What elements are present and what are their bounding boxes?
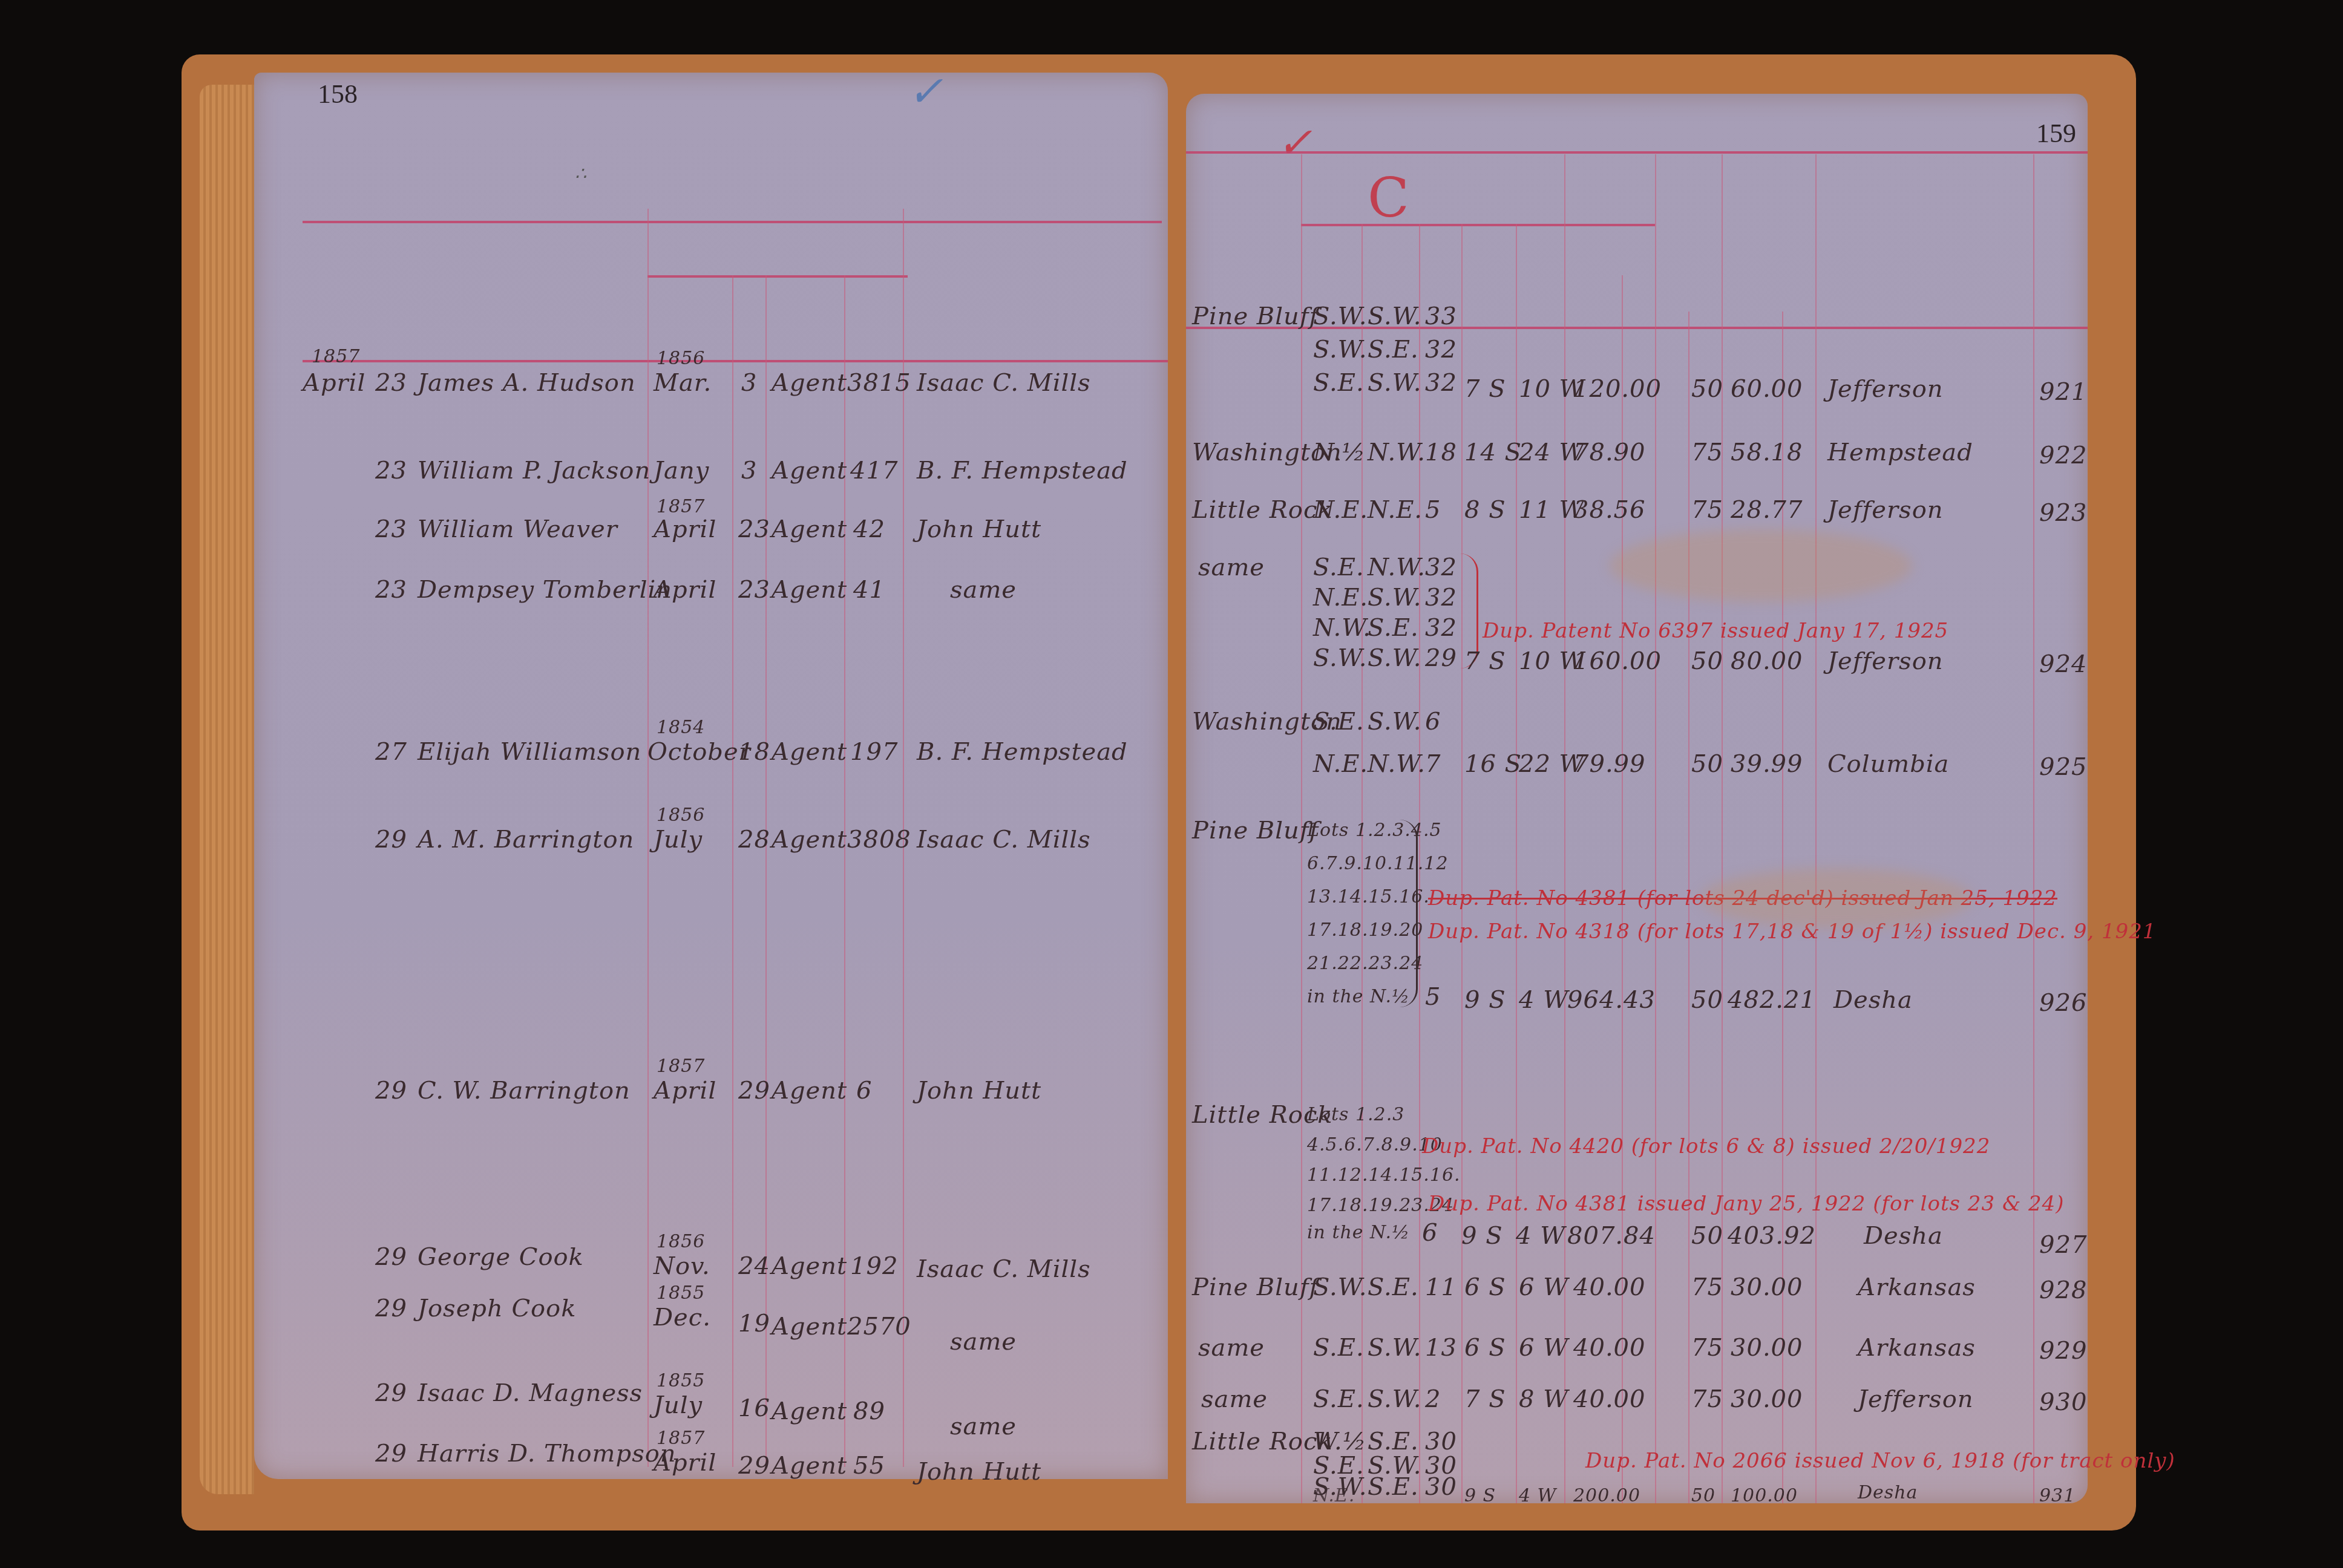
cert-year: 1855 — [657, 1282, 705, 1304]
agent-name: B. F. Hempstead — [917, 457, 1128, 485]
cert-month: Dec. — [654, 1304, 711, 1331]
section: 33 — [1425, 302, 1457, 330]
lot-list: Lots 1.2.3 — [1307, 1104, 1404, 1125]
aliquot: S.W. — [1313, 336, 1368, 364]
patent-number: 929 — [2039, 1337, 2087, 1365]
cert-month: April — [654, 1449, 716, 1477]
section: 32 — [1425, 369, 1457, 397]
county: Jefferson — [1827, 496, 1943, 524]
entry-day: 23 — [375, 457, 407, 485]
aliquot: S.W. — [1368, 1334, 1422, 1362]
section: 18 — [1425, 439, 1457, 466]
header-rule-top — [1186, 151, 2088, 154]
cert-month: April — [654, 576, 716, 604]
amount: 30.00 — [1731, 1334, 1803, 1362]
rate: 50 — [1691, 647, 1723, 675]
land-district: Little Rock — [1192, 1428, 1333, 1455]
section: 2 — [1425, 1385, 1441, 1413]
amount: 100.00 — [1731, 1485, 1798, 1506]
aliquot: S.W. — [1313, 302, 1368, 330]
entry-day: 23 — [375, 515, 407, 543]
county: Jefferson — [1827, 375, 1943, 403]
cert-day: 29 — [738, 1452, 770, 1480]
aliquot: N.E. — [1313, 496, 1368, 524]
office: Agent — [772, 738, 847, 766]
cert-number: 197 — [850, 738, 898, 766]
cert-number: 192 — [850, 1252, 898, 1280]
pencil-check-icon: ✓ — [1277, 118, 1312, 168]
cert-number: 417 — [850, 457, 898, 485]
agent-name: same — [950, 576, 1017, 604]
amount: 80.00 — [1731, 647, 1803, 675]
year-mark: 1857 — [312, 346, 360, 367]
col-rule — [732, 275, 733, 1467]
entrant-name: Dempsey Tomberlin — [418, 576, 672, 604]
duplicate-patent-annotation: Dup. Pat. No 2066 issued Nov 6, 1918 (fo… — [1585, 1449, 2175, 1473]
aliquot: S.W. — [1368, 584, 1422, 612]
patent-number: 925 — [2039, 753, 2087, 781]
agent-name: same — [950, 1413, 1017, 1440]
bracket — [1398, 820, 1418, 1007]
patent-number: 921 — [2039, 378, 2087, 406]
duplicate-patent-annotation: Dup. Patent No 6397 issued Jany 17, 1925 — [1483, 619, 1948, 643]
rate: 50 — [1691, 750, 1723, 778]
amount: 30.00 — [1731, 1385, 1803, 1413]
entry-day: 29 — [375, 1077, 407, 1105]
township: 7 S — [1464, 1385, 1506, 1413]
header-rule-sub — [1301, 224, 1655, 226]
acres: 200.00 — [1573, 1485, 1640, 1506]
aliquot: N.W. — [1313, 614, 1371, 642]
cert-number: 89 — [853, 1397, 885, 1425]
cert-year: 1857 — [657, 1428, 705, 1449]
entrant-name: James A. Hudson — [418, 369, 636, 397]
agent-name: John Hutt — [917, 1458, 1041, 1486]
office: Agent — [772, 457, 847, 485]
header-rule-bottom — [303, 360, 1168, 362]
amount: 39.99 — [1731, 750, 1803, 778]
col-rule — [2033, 154, 2034, 1503]
acres: 40.00 — [1573, 1334, 1646, 1362]
lot-list: 6.7.9.10.11.12 — [1307, 853, 1448, 874]
amount: 30.00 — [1731, 1273, 1803, 1301]
page-number: 158 — [318, 79, 358, 109]
cert-year: 1856 — [657, 348, 705, 369]
cert-day: 24 — [738, 1252, 770, 1280]
township: 9 S — [1464, 986, 1506, 1014]
county: Jefferson — [1858, 1385, 1973, 1413]
aliquot: S.W. — [1368, 369, 1422, 397]
township: 16 S — [1464, 750, 1522, 778]
cert-day: 19 — [738, 1310, 770, 1338]
col-rule — [1461, 224, 1463, 1503]
entrant-name: A. M. Barrington — [418, 826, 634, 854]
cert-day: 16 — [738, 1394, 770, 1422]
county: Arkansas — [1858, 1273, 1976, 1301]
office: Agent — [772, 369, 847, 397]
section: 11 — [1425, 1273, 1457, 1301]
entrant-name: George Cook — [418, 1243, 584, 1271]
aliquot: N.E. — [1313, 1485, 1355, 1506]
acres: 160.00 — [1573, 647, 1662, 675]
county: Jefferson — [1827, 647, 1943, 675]
range: 4 W — [1519, 986, 1568, 1014]
aliquot: N.½ — [1313, 439, 1366, 466]
county: Desha — [1858, 1482, 1918, 1503]
entry-day: 29 — [375, 1243, 407, 1271]
acres: 38.56 — [1573, 496, 1646, 524]
cert-number: 41 — [853, 576, 885, 604]
aliquot: N.W. — [1368, 439, 1426, 466]
office: Agent — [772, 1077, 847, 1105]
township: 6 S — [1464, 1273, 1506, 1301]
land-district: Pine Bluff — [1192, 302, 1319, 330]
cert-number: 3808 — [847, 826, 911, 854]
left-page: 158 ✓ ∴ 1857 April 23 James A. Hudson 18… — [254, 73, 1168, 1479]
aliquot: N.W. — [1368, 554, 1426, 581]
aliquot: S.E. — [1313, 369, 1365, 397]
amount: 58.18 — [1731, 439, 1803, 466]
section: 6 — [1422, 1219, 1438, 1247]
office: Agent — [772, 826, 847, 854]
cert-month: Nov. — [654, 1252, 710, 1280]
section: 13 — [1425, 1334, 1457, 1362]
entry-day: 29 — [375, 826, 407, 854]
aliquot: S.W. — [1368, 708, 1422, 736]
township: 7 S — [1464, 647, 1506, 675]
aliquot: S.W. — [1368, 1385, 1422, 1413]
rate: 50 — [1691, 1485, 1715, 1506]
office: Agent — [772, 1252, 847, 1280]
cert-number: 2570 — [847, 1313, 911, 1341]
section: 30 — [1425, 1473, 1457, 1501]
cert-day: 28 — [738, 826, 770, 854]
duplicate-patent-annotation: Dup. Pat. No 4420 (for lots 6 & 8) issue… — [1422, 1134, 1990, 1158]
col-rule — [765, 275, 767, 1467]
cert-year: 1855 — [657, 1370, 705, 1391]
entry-day: 29 — [375, 1295, 407, 1322]
lot-list: 11.12.14.15.16. — [1307, 1165, 1461, 1186]
entry-day: 29 — [375, 1379, 407, 1407]
land-district: same — [1198, 1334, 1265, 1362]
agent-name: Isaac C. Mills — [917, 369, 1091, 397]
rate: 75 — [1691, 496, 1723, 524]
range: 4 W — [1519, 1485, 1556, 1506]
entry-day: 29 — [375, 1440, 407, 1468]
entry-day: 27 — [375, 738, 407, 766]
rate: 75 — [1691, 439, 1723, 466]
acres: 78.90 — [1573, 439, 1646, 466]
aliquot: S.E. — [1368, 614, 1419, 642]
lot-list: in the N.½ — [1307, 986, 1410, 1007]
cert-day: 3 — [741, 369, 757, 397]
cert-day: 3 — [741, 457, 757, 485]
county: Arkansas — [1858, 1334, 1976, 1362]
township: 7 S — [1464, 375, 1506, 403]
aliquot: S.E. — [1313, 708, 1365, 736]
cert-year: 1856 — [657, 805, 705, 826]
agent-name: John Hutt — [917, 1077, 1041, 1105]
aliquot: N.E. — [1313, 750, 1368, 778]
cert-month: July — [654, 826, 703, 854]
rate: 50 — [1691, 1222, 1723, 1250]
acres: 807.84 — [1567, 1222, 1656, 1250]
rate: 75 — [1691, 1334, 1723, 1362]
range: 8 W — [1519, 1385, 1568, 1413]
aliquot: S.W. — [1313, 1273, 1368, 1301]
entrant-name: Elijah Williamson — [418, 738, 641, 766]
cert-number: 3815 — [847, 369, 911, 397]
rate: 50 — [1691, 375, 1723, 403]
cert-year: 1857 — [657, 496, 705, 517]
entry-day: 23 — [375, 576, 407, 604]
amount: 403.92 — [1728, 1222, 1816, 1250]
cert-month: April — [654, 1077, 716, 1105]
duplicate-patent-annotation: Dup. Pat. No 4381 issued Jany 25, 1922 (… — [1428, 1192, 2065, 1216]
acres: 40.00 — [1573, 1385, 1646, 1413]
aliquot: S.E. — [1368, 1473, 1419, 1501]
rate: 75 — [1691, 1385, 1723, 1413]
acres: 79.99 — [1573, 750, 1646, 778]
agent-name: Isaac C. Mills — [917, 1255, 1091, 1283]
aliquot: S.E. — [1313, 1334, 1365, 1362]
rate: 50 — [1691, 986, 1723, 1014]
county: Desha — [1864, 1222, 1943, 1250]
entrant-name: William Weaver — [418, 515, 618, 543]
entrant-name: Isaac D. Magness — [418, 1379, 643, 1407]
right-page: 159 C ✓ Pine Bluff S.W. S.W. 33 S.W. S.E… — [1186, 94, 2088, 1503]
agent-name: same — [950, 1328, 1017, 1356]
col-rule — [1815, 154, 1817, 1503]
patent-number: 931 — [2039, 1485, 2076, 1506]
section: 5 — [1425, 496, 1441, 524]
aliquot: N.E. — [1313, 584, 1368, 612]
cert-number: 42 — [853, 515, 885, 543]
patent-number: 928 — [2039, 1276, 2087, 1304]
county: Desha — [1833, 986, 1913, 1014]
acres: 964.43 — [1567, 986, 1656, 1014]
land-district: Pine Bluff — [1192, 1273, 1319, 1301]
aliquot: N.E. — [1368, 496, 1423, 524]
aliquot: S.E. — [1313, 1385, 1365, 1413]
county: Hempstead — [1827, 439, 1973, 466]
entrant-name: Joseph Cook — [418, 1295, 576, 1322]
entrant-name: William P. Jackson — [418, 457, 650, 485]
lot-list: in the N.½ — [1307, 1222, 1410, 1243]
col-rule — [1516, 224, 1517, 1503]
office: Agent — [772, 576, 847, 604]
cert-year: 1854 — [657, 717, 705, 738]
cert-day: 23 — [738, 576, 770, 604]
acres: 120.00 — [1573, 375, 1662, 403]
col-rule — [844, 275, 845, 1467]
patent-number: 930 — [2039, 1388, 2087, 1416]
amount: 60.00 — [1731, 375, 1803, 403]
cert-day: 18 — [738, 738, 770, 766]
township: 6 S — [1464, 1334, 1506, 1362]
cert-month: April — [654, 515, 716, 543]
entry-month: April — [303, 369, 365, 397]
range: 6 W — [1519, 1334, 1568, 1362]
patent-number: 923 — [2039, 499, 2087, 527]
entrant-name: C. W. Barrington — [418, 1077, 631, 1105]
patent-number: 926 — [2039, 989, 2087, 1017]
amount: 482.21 — [1728, 986, 1816, 1014]
header-rule-top — [303, 221, 1162, 223]
office: Agent — [772, 1313, 847, 1341]
cert-number: 6 — [856, 1077, 872, 1105]
cert-month: July — [654, 1391, 703, 1419]
cert-day: 29 — [738, 1077, 770, 1105]
aliquot: S.E. — [1368, 1273, 1419, 1301]
township: 14 S — [1464, 439, 1522, 466]
blue-pencil-check-icon: ✓ — [908, 67, 943, 116]
page-number: 159 — [2036, 118, 2076, 149]
col-rule — [1655, 154, 1656, 1503]
entrant-name: Harris D. Thompson — [418, 1440, 677, 1468]
cert-year: 1857 — [657, 1056, 705, 1077]
cert-month: Mar. — [654, 369, 712, 397]
section: 32 — [1425, 336, 1457, 364]
township: 9 S — [1461, 1222, 1503, 1250]
section: 7 — [1425, 750, 1441, 778]
cert-day: 23 — [738, 515, 770, 543]
header-rule-sub — [647, 275, 908, 278]
entry-day: 23 — [375, 369, 407, 397]
range: 6 W — [1519, 1273, 1568, 1301]
cert-year: 1856 — [657, 1231, 705, 1252]
patent-number: 927 — [2039, 1231, 2087, 1259]
aliquot: N.W. — [1368, 750, 1426, 778]
aliquot: S.W. — [1368, 302, 1422, 330]
township: 8 S — [1464, 496, 1506, 524]
office: Agent — [772, 1397, 847, 1425]
land-district: Pine Bluff — [1192, 817, 1319, 844]
patent-number: 924 — [2039, 650, 2087, 678]
header-pencil-mark: ∴ — [575, 163, 587, 185]
section: 6 — [1425, 708, 1441, 736]
aliquot: S.W. — [1368, 644, 1422, 672]
cert-month: October — [647, 738, 751, 766]
cert-month: Jany — [654, 457, 709, 485]
col-rule — [647, 209, 649, 1467]
page-edges — [200, 85, 254, 1494]
aliquot: S.E. — [1368, 336, 1419, 364]
agent-name: John Hutt — [917, 515, 1041, 543]
acres: 40.00 — [1573, 1273, 1646, 1301]
office: Agent — [772, 1452, 847, 1480]
land-district: same — [1201, 1385, 1268, 1413]
agent-name: Isaac C. Mills — [917, 826, 1091, 854]
aliquot: S.E. — [1313, 554, 1365, 581]
water-stain — [1610, 529, 1912, 602]
county: Columbia — [1827, 750, 1949, 778]
water-stain — [1700, 868, 1973, 929]
range: 4 W — [1516, 1222, 1565, 1250]
patent-number: 922 — [2039, 442, 2087, 469]
land-district: same — [1198, 554, 1265, 581]
township: 9 S — [1464, 1485, 1496, 1506]
cert-number: 55 — [853, 1452, 885, 1480]
office: Agent — [772, 515, 847, 543]
land-district: Little Rock — [1192, 496, 1333, 524]
section: 5 — [1425, 983, 1441, 1011]
header-c-mark: C — [1368, 166, 1409, 230]
aliquot: S.W. — [1313, 644, 1368, 672]
agent-name: B. F. Hempstead — [917, 738, 1128, 766]
rate: 75 — [1691, 1273, 1723, 1301]
lot-list: Lots 1.2.3.4.5 — [1307, 820, 1442, 841]
amount: 28.77 — [1731, 496, 1803, 524]
